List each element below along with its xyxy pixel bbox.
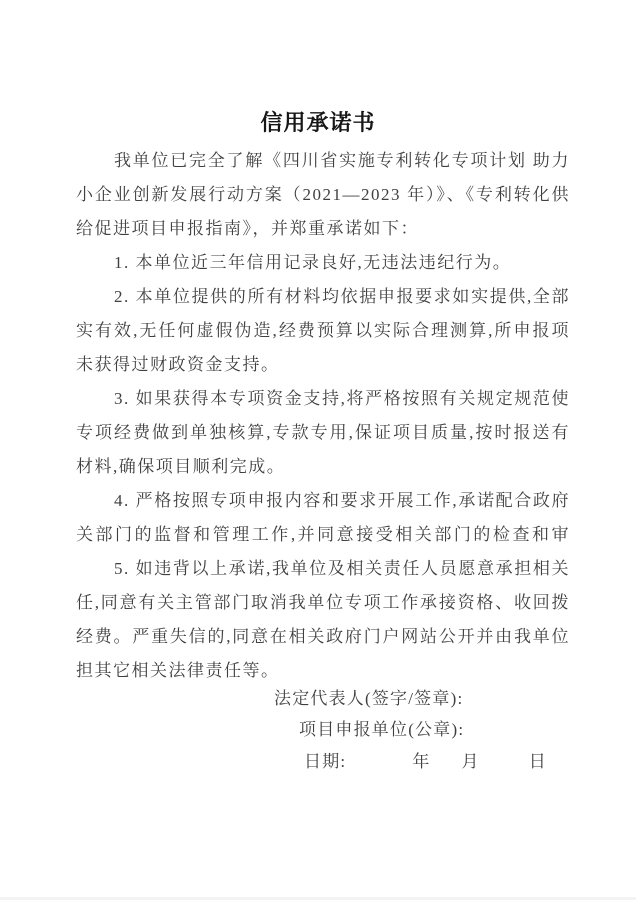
legal-representative-signature-line: 法定代表人(签字/签章): [274,682,463,716]
paragraph-line: 3. 如果获得本专项资金支持,将严格按照有关规定规范使用, [76,382,570,416]
paragraph-line: 实有效,无任何虚假伪造,经费预算以实际合理测算,所申报项目 [76,314,570,348]
paragraph-line: 给促进项目申报指南》，并郑重承诺如下： [76,212,570,246]
paragraph-line: 未获得过财政资金支持。 [76,348,570,382]
paragraph-line: 4. 严格按照专项申报内容和要求开展工作,承诺配合政府有 [76,484,570,518]
paragraph-line: 任,同意有关主管部门取消我单位专项工作承接资格、收回拨付 [76,586,570,620]
paragraph-line: 关部门的监督和管理工作,并同意接受相关部门的检查和审计。 [76,518,570,552]
paragraph-line: 专项经费做到单独核算,专款专用,保证项目质量,按时报送有关 [76,416,570,450]
date-line: 日期:年月日 [304,745,547,779]
paragraph-line: 1. 本单位近三年信用记录良好,无违法违纪行为。 [76,246,570,280]
paragraph-line: 经费。严重失信的,同意在相关政府门户网站公开并由我单位承 [76,620,570,654]
applicant-unit-seal-line: 项目申报单位(公章): [299,713,464,747]
paragraph-line: 5. 如违背以上承诺,我单位及相关责任人员愿意承担相关责 [76,552,570,586]
month-label: 月 [462,752,480,771]
document-title: 信用承诺书 [0,108,636,138]
year-label: 年 [412,752,430,771]
document-body: 我单位已完全了解《四川省实施专利转化专项计划 助力中小企业创新发展行动方案（20… [76,144,570,688]
paragraph-line: 我单位已完全了解《四川省实施专利转化专项计划 助力中 [76,144,570,178]
paragraph-line: 2. 本单位提供的所有材料均依据申报要求如实提供,全部真 [76,280,570,314]
date-label: 日期: [304,752,346,771]
paragraph-line: 材料,确保项目顺利完成。 [76,450,570,484]
document-page: 信用承诺书 我单位已完全了解《四川省实施专利转化专项计划 助力中小企业创新发展行… [0,0,636,900]
day-label: 日 [529,752,547,771]
paragraph-line: 小企业创新发展行动方案（2021—2023 年）》、《专利转化供 [76,178,570,212]
